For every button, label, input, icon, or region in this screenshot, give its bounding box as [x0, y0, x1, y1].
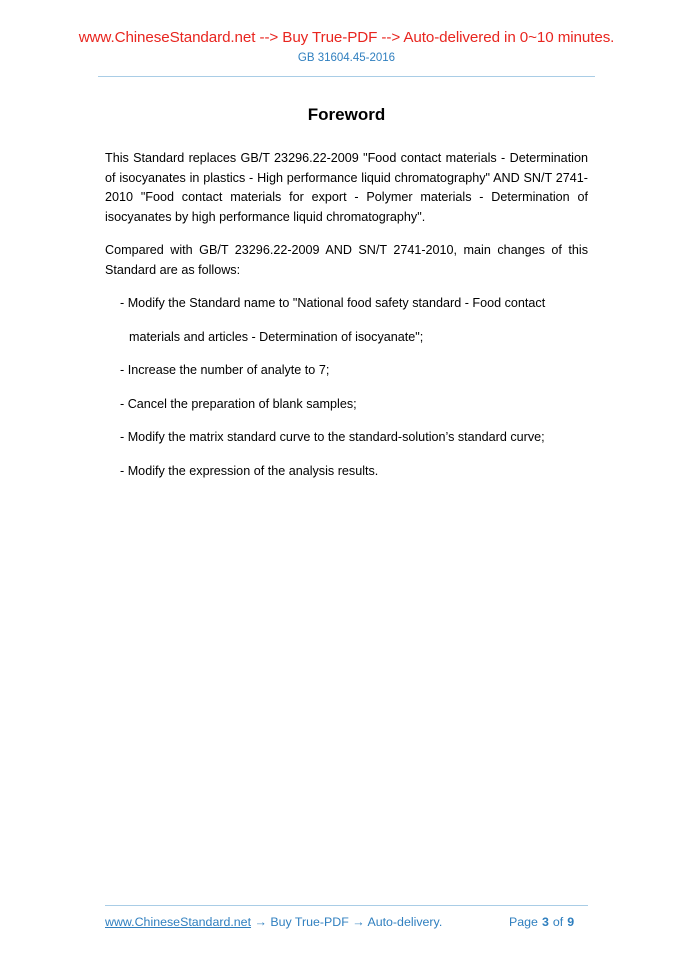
of-label: of — [553, 915, 563, 929]
change-item-continuation: materials and articles - Determination o… — [129, 330, 423, 344]
page-number: Page3of9 — [509, 915, 574, 929]
document-code: GB 31604.45-2016 — [0, 52, 693, 64]
footer-buy-text: Buy True-PDF — [270, 915, 349, 929]
change-item: - Modify the expression of the analysis … — [120, 464, 378, 478]
footer-promo: www.ChineseStandard.net → Buy True-PDF →… — [105, 915, 442, 929]
page-label: Page — [509, 915, 538, 929]
footer-divider — [105, 905, 588, 906]
change-item: - Modify the matrix standard curve to th… — [120, 430, 545, 444]
arrow-right-icon: → — [254, 915, 266, 929]
footer-site-link[interactable]: www.ChineseStandard.net — [105, 915, 251, 929]
changes-intro-paragraph: Compared with GB/T 23296.22-2009 AND SN/… — [105, 241, 588, 280]
header-divider — [98, 76, 595, 77]
promo-banner: www.ChineseStandard.net --> Buy True-PDF… — [0, 29, 693, 46]
page-total: 9 — [567, 915, 574, 929]
change-item: - Increase the number of analyte to 7; — [120, 363, 329, 377]
change-item: - Cancel the preparation of blank sample… — [120, 397, 357, 411]
intro-paragraph: This Standard replaces GB/T 23296.22-200… — [105, 149, 588, 227]
page-current: 3 — [542, 915, 549, 929]
page-title: Foreword — [0, 105, 693, 125]
change-item: - Modify the Standard name to "National … — [120, 296, 545, 310]
arrow-right-icon: → — [352, 915, 364, 929]
footer-delivery-text: Auto-delivery. — [367, 915, 442, 929]
